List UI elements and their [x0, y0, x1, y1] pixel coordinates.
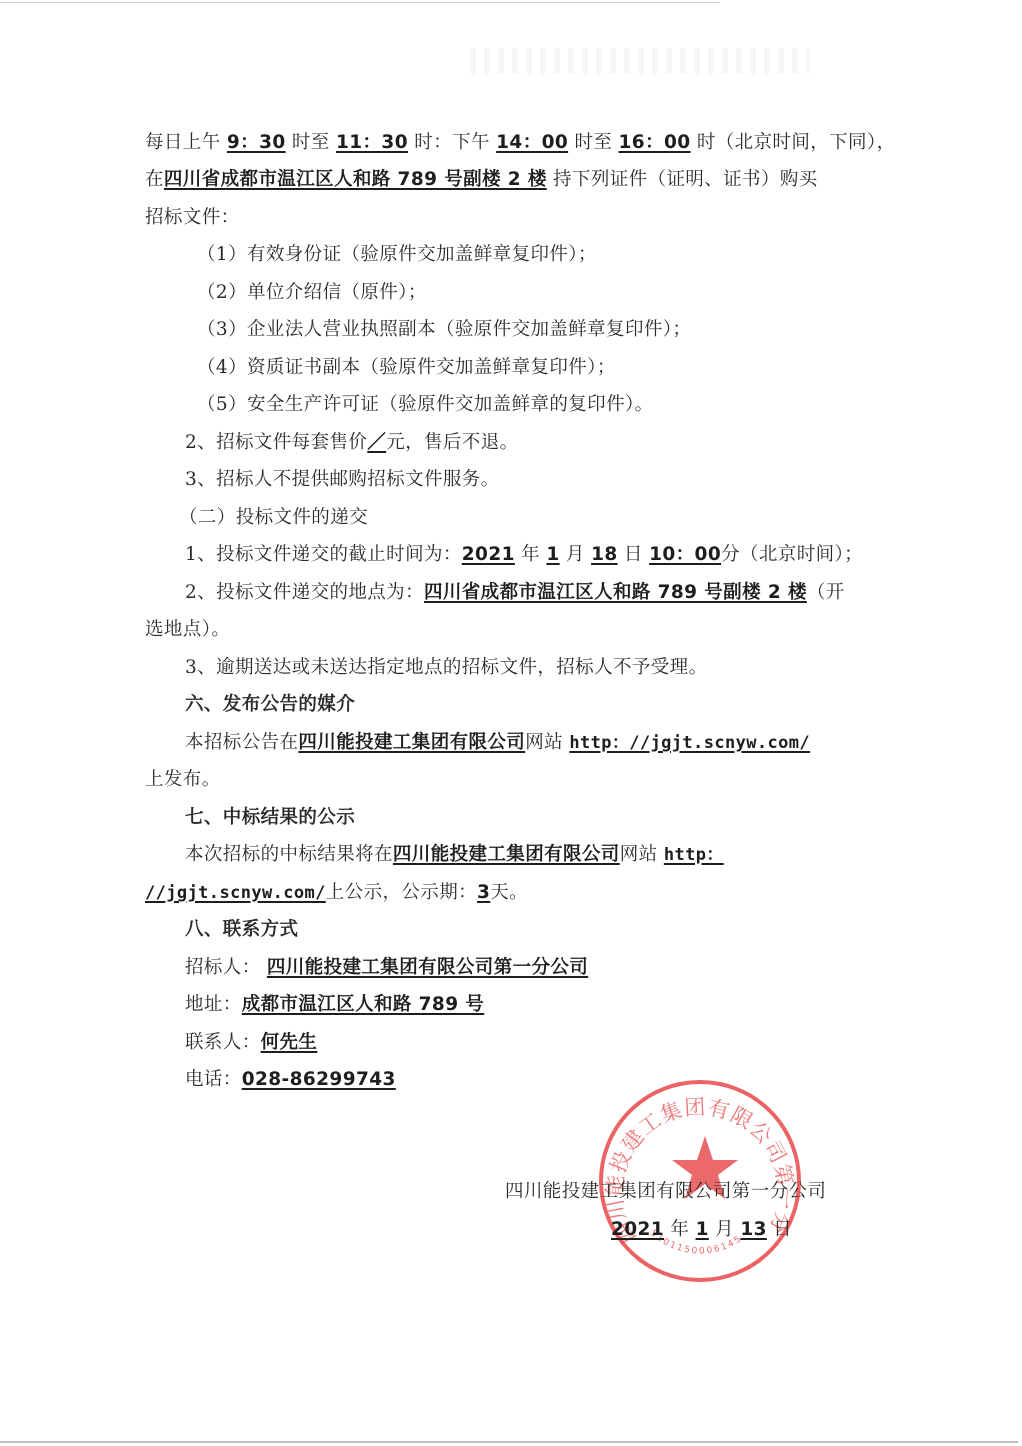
contact-phone-line: 电话：028-86299743 — [185, 1065, 396, 1095]
website-link-part2[interactable]: //jgjt.scnyw.com/ — [145, 883, 326, 903]
purchase-hours-line: 每日上午 9：30 时至 11：30 时：下午 14：00 时至 16：00 时… — [145, 128, 895, 158]
submission-place-cont: 选地点）。 — [145, 615, 230, 645]
website-link[interactable]: http：//jgjt.scnyw.com/ — [569, 733, 810, 753]
doc-price-line: 2、招标文件每套售价／元，售后不退。 — [185, 428, 519, 458]
contact-person: 何先生 — [261, 1032, 318, 1053]
company-name: 四川能投建工集团有限公司 — [393, 844, 620, 865]
required-doc-item: （4）资质证书副本（验原件交加盖鲜章复印件）； — [197, 353, 616, 383]
sign-month: 1 — [696, 1219, 709, 1240]
contact-person-line: 联系人：何先生 — [185, 1028, 317, 1058]
scan-edge-bottom — [0, 1441, 1018, 1443]
deadline-year: 2021 — [462, 544, 515, 565]
late-submission-line: 3、逾期送达或未送达指定地点的招标文件，招标人不予受理。 — [185, 653, 707, 683]
submission-address: 四川省成都市温江区人和路 789 号副楼 2 楼 — [424, 582, 807, 603]
deadline-time: 10：00 — [649, 544, 721, 565]
deadline-month: 1 — [546, 544, 559, 565]
results-publication-cont: //jgjt.scnyw.com/上公示，公示期：3天。 — [145, 878, 528, 908]
tender-docs-label: 招标文件： — [145, 203, 240, 233]
company-name: 四川能投建工集团有限公司 — [298, 732, 525, 753]
required-doc-item: （3）企业法人营业执照副本（验原件交加盖鲜章复印件）； — [197, 315, 691, 345]
deadline-day: 18 — [591, 544, 618, 565]
contact-address-line: 地址：成都市温江区人和路 789 号 — [185, 990, 484, 1020]
sign-day: 13 — [740, 1219, 767, 1240]
scan-edge-top — [0, 2, 720, 3]
required-doc-item: （2）单位介绍信（原件）； — [197, 278, 427, 308]
submission-place-line: 2、投标文件递交的地点为：四川省成都市温江区人和路 789 号副楼 2 楼（开 — [185, 578, 845, 608]
sign-year: 2021 — [611, 1219, 664, 1240]
contact-tenderer-line: 招标人： 四川能投建工集团有限公司第一分公司 — [185, 953, 588, 983]
submission-deadline-line: 1、投标文件递交的截止时间为：2021 年 1 月 18 日 10：00分（北京… — [185, 540, 863, 570]
morning-start-time: 9：30 — [227, 132, 286, 153]
contact-address: 成都市温江区人和路 789 号 — [242, 994, 485, 1015]
submission-subheading: （二）投标文件的递交 — [179, 503, 368, 533]
morning-end-time: 11：30 — [336, 132, 408, 153]
scan-bleed-through — [470, 48, 810, 74]
contact-phone: 028-86299743 — [242, 1069, 396, 1090]
afternoon-start-time: 14：00 — [496, 132, 568, 153]
purchase-address: 四川省成都市温江区人和路 789 号副楼 2 楼 — [164, 169, 547, 190]
publicity-days: 3 — [477, 882, 490, 903]
section-heading-media: 六、发布公告的媒介 — [185, 690, 355, 720]
signature-date: 2021 年 1 月 13 日 — [611, 1215, 792, 1245]
required-doc-item: （5）安全生产许可证（验原件交加盖鲜章的复印件）。 — [197, 390, 654, 420]
signatory-org: 四川能投建工集团有限公司第一分公司 — [505, 1177, 826, 1207]
purchase-location-line: 在四川省成都市温江区人和路 789 号副楼 2 楼 持下列证件（证明、证书）购买 — [145, 165, 818, 195]
publication-media-line: 本招标公告在四川能投建工集团有限公司网站 http：//jgjt.scnyw.c… — [185, 728, 810, 758]
website-link-part1[interactable]: http： — [664, 845, 724, 865]
section-heading-results: 七、中标结果的公示 — [185, 803, 355, 833]
results-publication-line: 本次招标的中标结果将在四川能投建工集团有限公司网站 http： — [185, 840, 724, 870]
publication-media-cont: 上发布。 — [145, 765, 221, 795]
tenderer-name: 四川能投建工集团有限公司第一分公司 — [267, 957, 588, 978]
required-doc-item: （1）有效身份证（验原件交加盖鲜章复印件）； — [197, 240, 597, 270]
doc-price-value: ／ — [367, 432, 386, 453]
section-heading-contact: 八、联系方式 — [185, 915, 298, 945]
no-mail-order-line: 3、招标人不提供邮购招标文件服务。 — [185, 465, 500, 495]
afternoon-end-time: 16：00 — [619, 132, 691, 153]
